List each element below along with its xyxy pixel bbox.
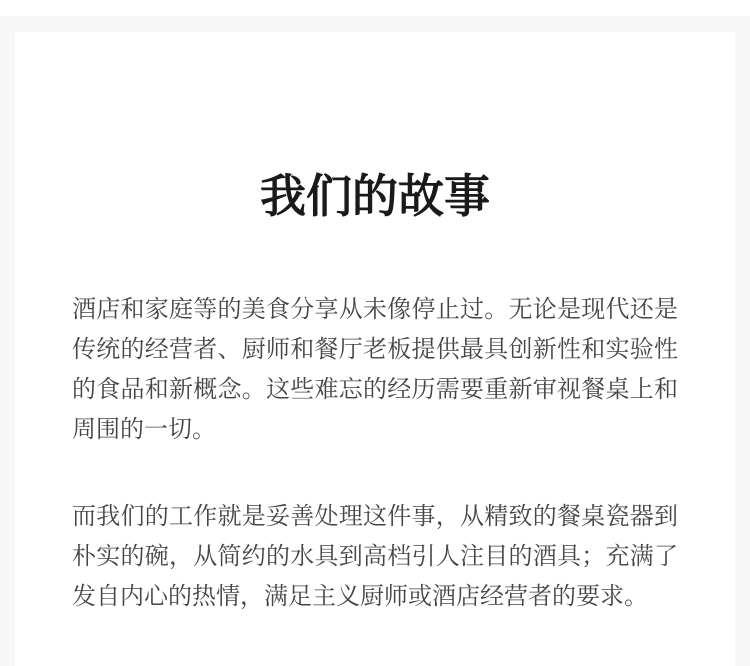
story-paragraph-2: 而我们的工作就是妥善处理这件事，从精致的餐桌瓷器到朴实的碗，从简约的水具到高档引… bbox=[72, 497, 678, 617]
story-section-card: 我们的故事 酒店和家庭等的美食分享从未像停止过。无论是现代还是传统的经营者、厨师… bbox=[15, 32, 735, 666]
page-title: 我们的故事 bbox=[72, 173, 678, 219]
story-paragraph-1: 酒店和家庭等的美食分享从未像停止过。无论是现代还是传统的经营者、厨师和餐厅老板提… bbox=[72, 290, 678, 450]
